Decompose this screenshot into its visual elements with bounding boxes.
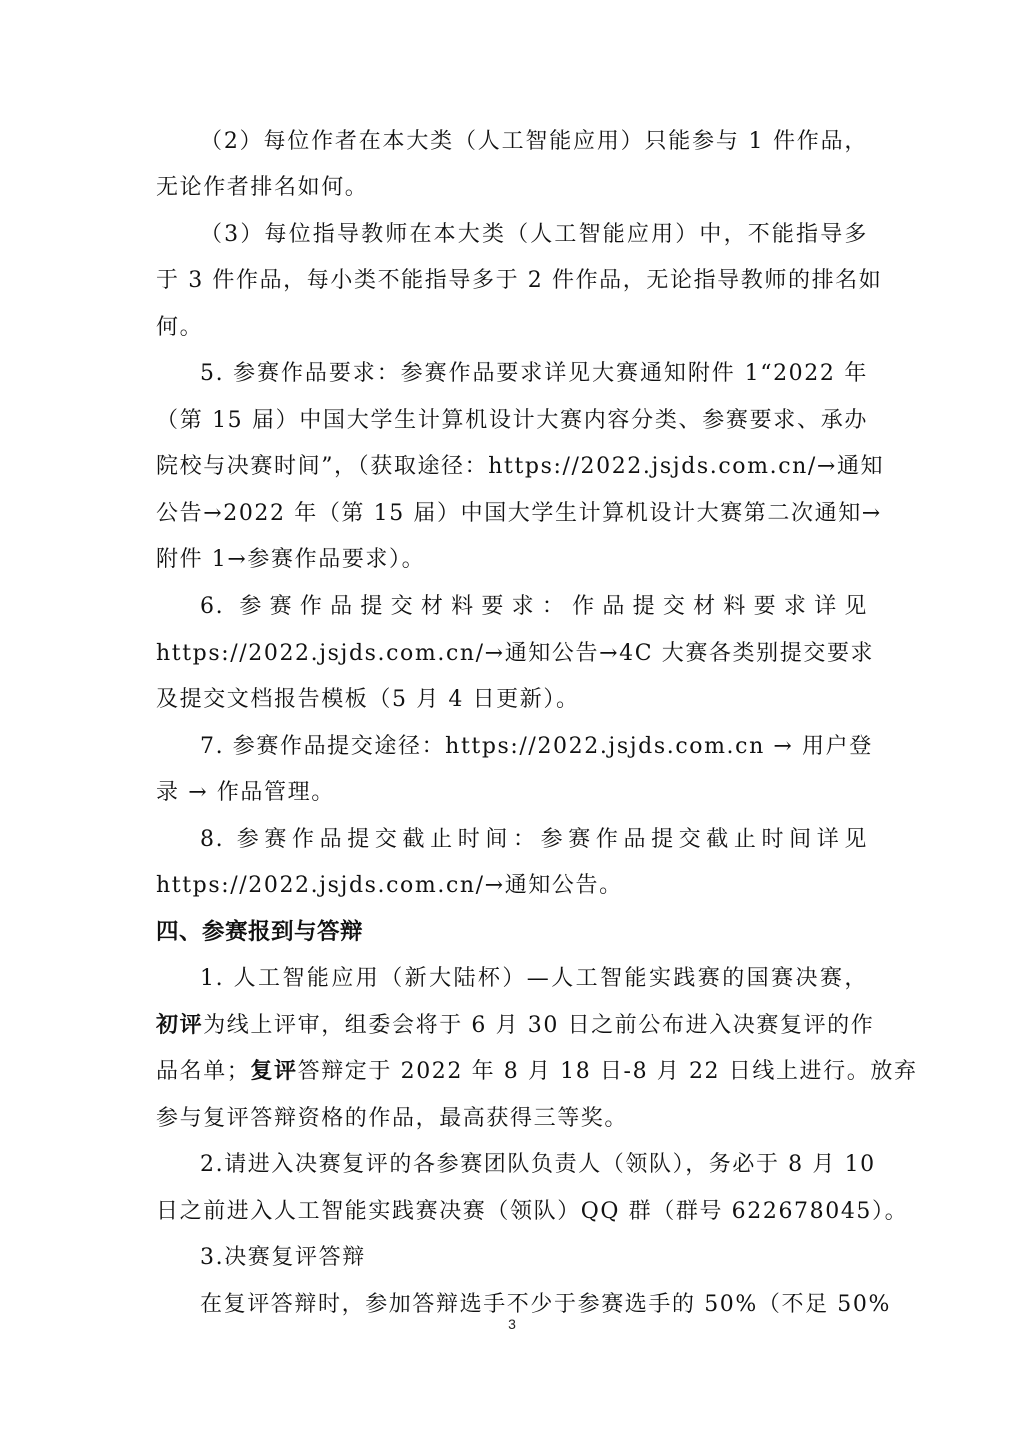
paragraph-line: 7. 参赛作品提交途径：https://2022.jsjds.com.cn → … — [200, 732, 868, 762]
line-text: 答辩定于 2022 年 8 月 18 日-8 月 22 日线上进行。放弃 — [298, 1059, 918, 1084]
paragraph-line: https://2022.jsjds.com.cn/→通知公告→4C 大赛各类别… — [156, 639, 868, 669]
paragraph-line: 于 3 件作品，每小类不能指导多于 2 件作品，无论指导教师的排名如 — [156, 266, 868, 296]
paragraph-line: （第 15 届）中国大学生计算机设计大赛内容分类、参赛要求、承办 — [156, 406, 868, 436]
paragraph-line: 品名单；复评答辩定于 2022 年 8 月 18 日-8 月 22 日线上进行。… — [156, 1057, 868, 1087]
paragraph-line: 参与复评答辩资格的作品，最高获得三等奖。 — [156, 1104, 868, 1134]
paragraph-line: 6. 参赛作品提交材料要求：作品提交材料要求详见 — [200, 592, 868, 622]
section-heading: 四、参赛报到与答辩 — [156, 917, 363, 947]
paragraph-line: 公告→2022 年（第 15 届）中国大学生计算机设计大赛第二次通知→ — [156, 499, 868, 529]
bold-term-review: 复评 — [250, 1059, 297, 1084]
paragraph-line: 无论作者排名如何。 — [156, 173, 868, 203]
document-page: （2）每位作者在本大类（人工智能应用）只能参与 1 件作品，无论作者排名如何。（… — [0, 0, 1024, 1448]
paragraph-line: 何。 — [156, 313, 868, 343]
paragraph-line: 3.决赛复评答辩 — [200, 1243, 868, 1273]
line-text: 为线上评审，组委会将于 6 月 30 日之前公布进入决赛复评的作 — [203, 1013, 874, 1038]
paragraph-line: 录 → 作品管理。 — [156, 778, 868, 808]
bold-term-preliminary: 初评 — [156, 1013, 203, 1038]
paragraph-line: 8. 参赛作品提交截止时间：参赛作品提交截止时间详见 — [200, 825, 868, 855]
paragraph-line: 初评为线上评审，组委会将于 6 月 30 日之前公布进入决赛复评的作 — [156, 1011, 868, 1041]
paragraph-line: （2）每位作者在本大类（人工智能应用）只能参与 1 件作品， — [200, 127, 868, 157]
line-text: 品名单； — [156, 1059, 250, 1084]
paragraph-line: 附件 1→参赛作品要求）。 — [156, 545, 868, 575]
paragraph-line: 1. 人工智能应用（新大陆杯）—人工智能实践赛的国赛决赛， — [200, 964, 868, 994]
paragraph-line: 5. 参赛作品要求：参赛作品要求详见大赛通知附件 1“2022 年 — [200, 359, 868, 389]
paragraph-line: 2.请进入决赛复评的各参赛团队负责人（领队），务必于 8 月 10 — [200, 1150, 868, 1180]
paragraph-line: （3）每位指导教师在本大类（人工智能应用）中，不能指导多 — [200, 220, 868, 250]
paragraph-line: 日之前进入人工智能实践赛决赛（领队）QQ 群（群号 622678045）。 — [156, 1197, 868, 1227]
page-number: 3 — [0, 1316, 1024, 1332]
paragraph-line: https://2022.jsjds.com.cn/→通知公告。 — [156, 871, 868, 901]
paragraph-line: 及提交文档报告模板（5 月 4 日更新）。 — [156, 685, 868, 715]
paragraph-line: 院校与决赛时间”，（获取途径：https://2022.jsjds.com.cn… — [156, 452, 868, 482]
